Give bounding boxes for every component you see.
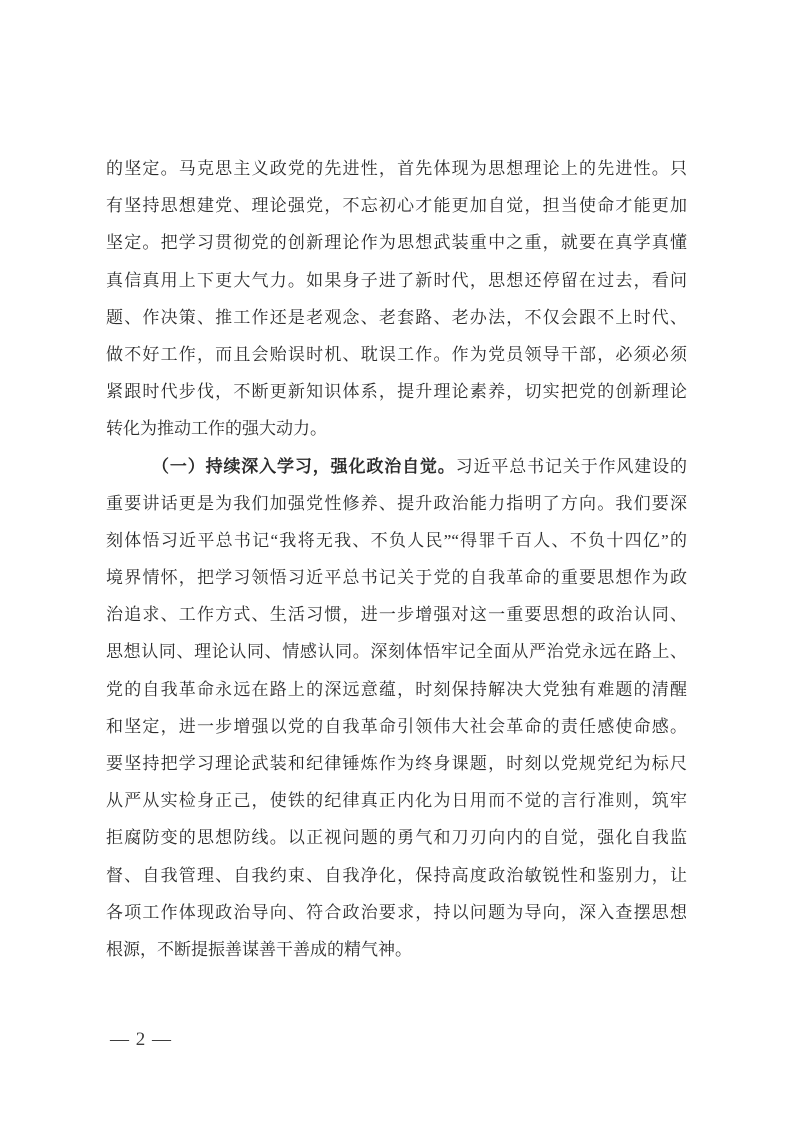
text-line: 党的自我革命永远在路上的深远意蕴，时刻保持解决大党独有难题的清醒 bbox=[106, 671, 687, 708]
text-line: 和坚定，进一步增强以党的自我革命引领伟大社会革命的责任感使命感。 bbox=[106, 708, 687, 745]
text-line: 的坚定。马克思主义政党的先进性，首先体现为思想理论上的先进性。只 bbox=[106, 150, 687, 187]
text-line: 思想认同、理论认同、情感认同。深刻体悟牢记全面从严治党永远在路上、 bbox=[106, 633, 687, 670]
text-line: 根源，不断提振善谋善干善成的精气神。 bbox=[106, 931, 687, 968]
text-line: 督、自我管理、自我约束、自我净化，保持高度政治敏锐性和鉴别力，让 bbox=[106, 857, 687, 894]
text-line: 坚定。把学习贯彻党的创新理论作为思想武装重中之重，就要在真学真懂 bbox=[106, 224, 687, 261]
text-line: 从严从实检身正己，使铁的纪律真正内化为日用而不觉的言行准则，筑牢 bbox=[106, 782, 687, 819]
text-line: 题、作决策、推工作还是老观念、老套路、老办法，不仅会跟不上时代、 bbox=[106, 299, 687, 336]
text-line: 要坚持把学习理论武装和纪律锤炼作为终身课题，时刻以党规党纪为标尺 bbox=[106, 745, 687, 782]
text-line: 各项工作体现政治导向、符合政治要求，持以问题为导向，深入查摆思想 bbox=[106, 894, 687, 931]
text-line: 重要讲话更是为我们加强党性修养、提升政治能力指明了方向。我们要深 bbox=[106, 485, 687, 522]
body-text: 的坚定。马克思主义政党的先进性，首先体现为思想理论上的先进性。只有坚持思想建党、… bbox=[106, 150, 687, 968]
text-line: 拒腐防变的思想防线。以正视问题的勇气和刀刃向内的自觉，强化自我监 bbox=[106, 819, 687, 856]
text-line: 紧跟时代步伐，不断更新知识体系，提升理论素养，切实把党的创新理论 bbox=[106, 373, 687, 410]
text-line: 治追求、工作方式、生活习惯，进一步增强对这一重要思想的政治认同、 bbox=[106, 596, 687, 633]
text-line: 做不好工作，而且会贻误时机、耽误工作。作为党员领导干部，必须必须 bbox=[106, 336, 687, 373]
page-number: — 2 — bbox=[110, 1028, 172, 1052]
text-line: 有坚持思想建党、理论强党，不忘初心才能更加自觉，担当使命才能更加 bbox=[106, 187, 687, 224]
text-line: 刻体悟习近平总书记“我将无我、不负人民”“得罪千百人、不负十四亿”的 bbox=[106, 522, 687, 559]
paragraph-first-line: （一）持续深入学习，强化政治自觉。习近平总书记关于作风建设的 bbox=[106, 448, 687, 485]
text-line: 转化为推动工作的强大动力。 bbox=[106, 410, 687, 447]
text-line: 真信真用上下更大气力。如果身子进了新时代，思想还停留在过去，看问 bbox=[106, 262, 687, 299]
text-line: 境界情怀，把学习领悟习近平总书记关于党的自我革命的重要思想作为政 bbox=[106, 559, 687, 596]
section-heading: （一）持续深入学习，强化政治自觉。 bbox=[152, 457, 456, 476]
document-page: 的坚定。马克思主义政党的先进性，首先体现为思想理论上的先进性。只有坚持思想建党、… bbox=[0, 0, 793, 1122]
